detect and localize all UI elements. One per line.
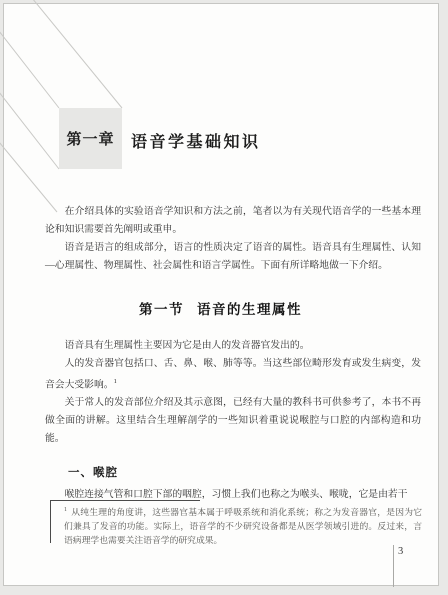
footnote-separator-rule: [50, 500, 200, 501]
paragraph-physiology-2: 人的发音器官包括口、舌、鼻、喉、肺等等。当这些部位畸形发育或发生病变，发音会大受…: [45, 355, 421, 394]
paragraph-physiology-3: 关于常人的发音部位介绍及其示意图，已经有大量的教科书可供参考了，本书不再做全面的…: [45, 394, 421, 448]
page-number-rule: [393, 545, 394, 587]
chapter-title: 语音学基础知识: [131, 129, 261, 152]
footnote-block: 1从纯生理的角度讲，这些器官基本属于呼吸系统和消化系统；称之为发音器官，是因为它…: [50, 500, 422, 547]
section-title: 第一节语音的生理属性: [45, 301, 396, 319]
footnote-left-rule: [50, 500, 51, 543]
footnote-body: 1从纯生理的角度讲，这些器官基本属于呼吸系统和消化系统；称之为发音器官，是因为它…: [50, 500, 422, 547]
section-name: 语音的生理属性: [197, 302, 302, 317]
paragraph-physiology-1: 语音具有生理属性主要因为它是由人的发音器官发出的。: [45, 337, 421, 355]
paragraph-physiology-2-text: 人的发音器官包括口、舌、鼻、喉、肺等等。当这些部位畸形发育或发生病变，发音会大受…: [45, 358, 421, 390]
chapter-number: 第一章: [66, 128, 114, 149]
paragraph-intro-2: 语音是语言的组成部分，语言的性质决定了语音的属性。语音具有生理属性、认知—心理属…: [45, 239, 421, 275]
chapter-number-box: 第一章: [59, 108, 122, 169]
footnote-marker: 1: [64, 507, 67, 513]
footnote-text: 从纯生理的角度讲，这些器官基本属于呼吸系统和消化系统；称之为发音器官，是因为它们…: [64, 507, 422, 545]
page-content: 在介绍具体的实验语音学知识和方法之前，笔者以为有关现代语音学的一些基本理论和知识…: [45, 203, 421, 504]
page-number: 3: [398, 546, 403, 557]
book-page: 第一章 语音学基础知识 在介绍具体的实验语音学知识和方法之前，笔者以为有关现代语…: [0, 0, 448, 595]
subsection-title: 一、喉腔: [45, 464, 421, 482]
footnote-reference: 1: [114, 378, 117, 385]
paragraph-intro-1: 在介绍具体的实验语音学知识和方法之前，笔者以为有关现代语音学的一些基本理论和知识…: [45, 203, 421, 239]
section-number: 第一节: [139, 302, 184, 317]
